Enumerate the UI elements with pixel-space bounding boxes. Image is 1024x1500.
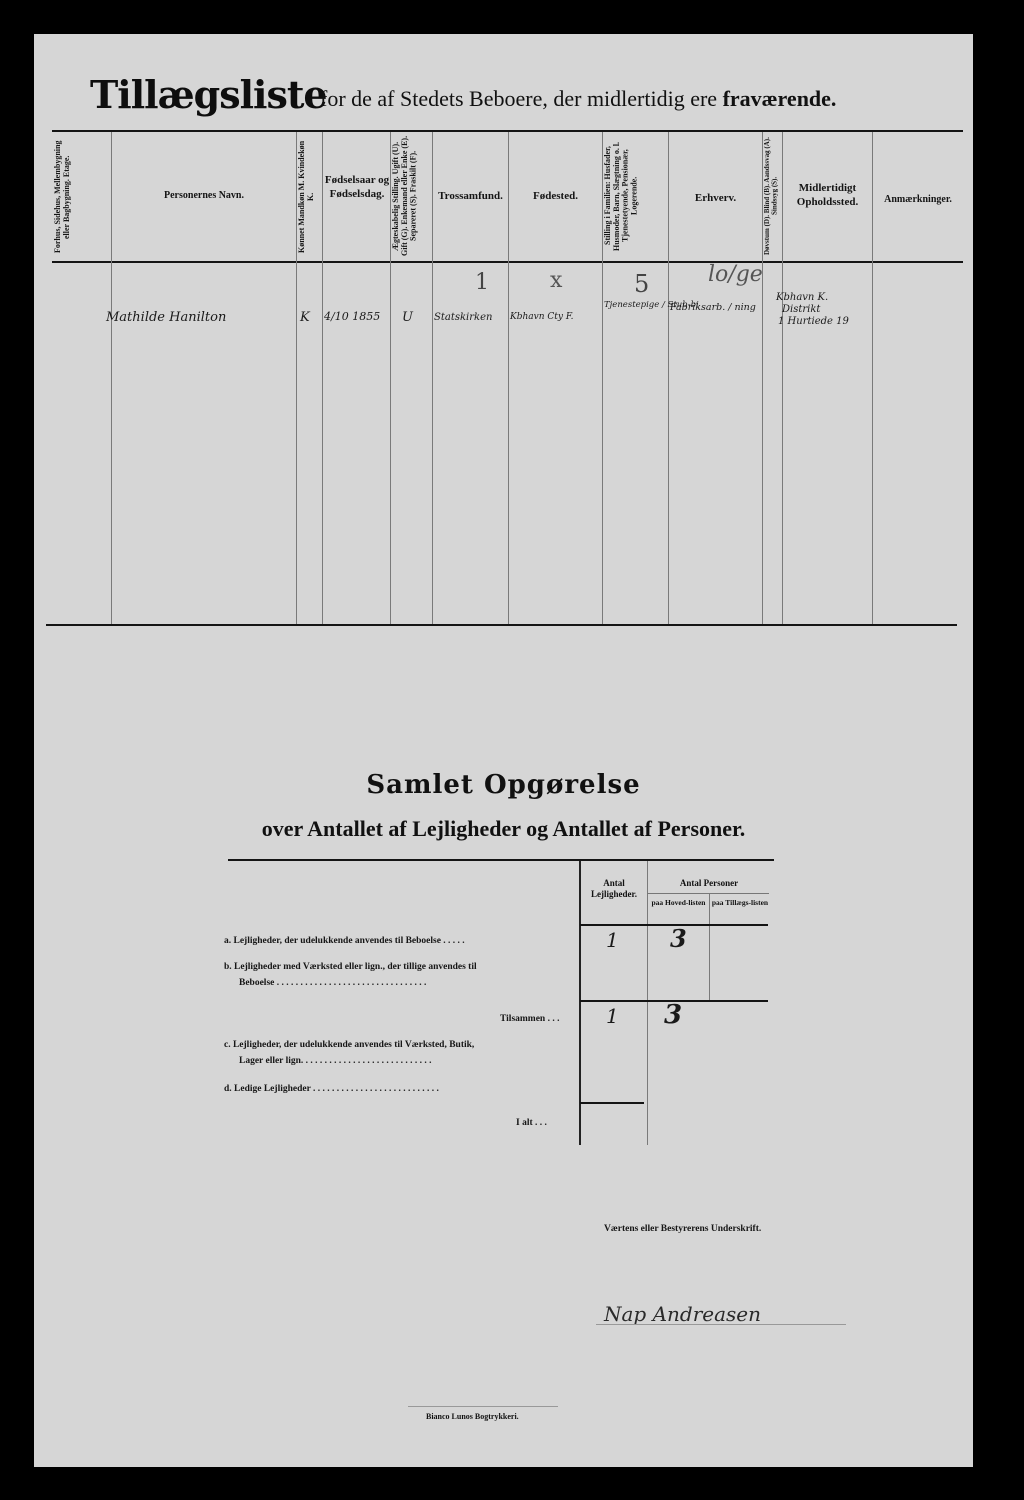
- header-handicap: Døvstum (D). Blind (B). Aandssvag (A). S…: [764, 134, 782, 258]
- summary-header-hovedlisten: paa Hoved-listen: [648, 898, 709, 907]
- summary-total-rule: [580, 1102, 644, 1104]
- summary-header-lejligheder: Antal Lejligheder.: [581, 878, 647, 900]
- header-bygning: Forhus, Sidehus, Mellembygning eller Bag…: [54, 138, 108, 256]
- header-anmaerkninger: Anmærkninger.: [873, 194, 963, 207]
- header-opholdssted: Midlertidigt Opholdssted.: [783, 182, 872, 210]
- footer-rule: [408, 1406, 558, 1407]
- cell-navn: Mathilde Hanilton: [106, 310, 226, 325]
- cell-opholdssted-line3: 1 Hurtiede 19: [778, 316, 849, 327]
- signature-label: Værtens eller Bestyrerens Underskrift.: [604, 1222, 761, 1236]
- summary-row-d-label: d. Ledige Lejligheder . . . . . . . . . …: [224, 1082, 439, 1096]
- subtitle-prefix: for de af Stedets Beboere, der midlertid…: [320, 86, 717, 111]
- summary-row-tilsammen-hovedlisten: 3: [664, 1000, 682, 1030]
- cell-aegteskab: U: [402, 310, 413, 325]
- header-tro: Trossamfund.: [433, 190, 508, 204]
- header-erhverv: Erhverv.: [669, 192, 762, 206]
- cell-opholdssted-line2: Distrikt: [782, 304, 820, 315]
- col-divider: [111, 132, 112, 624]
- annotation-tro: 1: [475, 270, 489, 295]
- annotation-stilling: 5: [634, 270, 649, 298]
- summary-row-tilsammen-lejligheder: 1: [606, 1004, 619, 1028]
- col-divider: [432, 132, 433, 624]
- summary-row-c-label: c. Lejligheder, der udelukkende anvendes…: [224, 1038, 474, 1052]
- cell-erhverv: Fabriksarb. / ning: [670, 302, 756, 313]
- col-divider: [322, 132, 323, 624]
- annotation-erhverv: lo/ge: [708, 262, 763, 287]
- cell-fodested: Kbhavn Cty F.: [510, 312, 574, 322]
- summary-subheader-rule: [647, 893, 769, 894]
- summary-row-b-label2: Beboelse . . . . . . . . . . . . . . . .…: [239, 976, 426, 990]
- summary-row-b-label: b. Lejligheder med Værksted eller lign.,…: [224, 960, 477, 974]
- header-aegteskab: Ægteskabelig Stilling. Ugift (U). Gift (…: [392, 134, 430, 258]
- table-bottom-rule: [46, 624, 957, 626]
- summary-row-a-lejligheder: 1: [606, 928, 619, 952]
- cell-tro: Statskirken: [434, 312, 492, 323]
- header-navn: Personernes Navn.: [112, 190, 296, 203]
- summary-row-c-label2: Lager eller lign. . . . . . . . . . . . …: [239, 1054, 432, 1068]
- form-subtitle: for de af Stedets Beboere, der midlertid…: [320, 86, 836, 112]
- subtitle-bold: fraværende.: [723, 86, 837, 111]
- summary-row-a-hovedlisten: 3: [670, 924, 687, 953]
- col-divider: [508, 132, 509, 624]
- annotation-fodested: x: [550, 268, 562, 293]
- header-fodested: Fødested.: [509, 190, 602, 204]
- signature-line: [596, 1324, 846, 1325]
- signature-value: Nap Andreasen: [604, 1302, 761, 1326]
- summary-header-tillaegslisten: paa Tillægs-listen: [710, 898, 770, 907]
- header-kjon: Kønnet Mandkøn M. Kvindekøn K.: [298, 138, 320, 256]
- summary-subtitle: over Antallet af Lejligheder og Antallet…: [34, 816, 973, 842]
- summary-title: Samlet Opgørelse: [34, 770, 973, 800]
- cell-kjon: K: [300, 310, 310, 325]
- form-title: Tillægsliste: [90, 72, 327, 117]
- header-fodsel: Fødselsaar og Fødselsdag.: [324, 174, 390, 202]
- summary-row-tilsammen-label: Tilsammen . . .: [500, 1012, 559, 1026]
- summary-divider: [709, 894, 710, 1000]
- summary-header-personer: Antal Personer: [648, 878, 770, 889]
- printer-credit: Bianco Lunos Bogtrykkeri.: [426, 1412, 519, 1421]
- census-form-page: Tillægsliste for de af Stedets Beboere, …: [34, 34, 973, 1467]
- cell-opholdssted-line1: Kbhavn K.: [776, 292, 828, 303]
- summary-top-rule: [228, 859, 774, 861]
- summary-row-a-label: a. Lejligheder, der udelukkende anvendes…: [224, 934, 465, 948]
- col-divider: [668, 132, 669, 624]
- cell-fodsel: 4/10 1855: [324, 310, 380, 323]
- header-stilling: Stilling i Familien: Husfader, Husmoder,…: [604, 134, 666, 258]
- summary-row-ialt-label: I alt . . .: [516, 1116, 547, 1130]
